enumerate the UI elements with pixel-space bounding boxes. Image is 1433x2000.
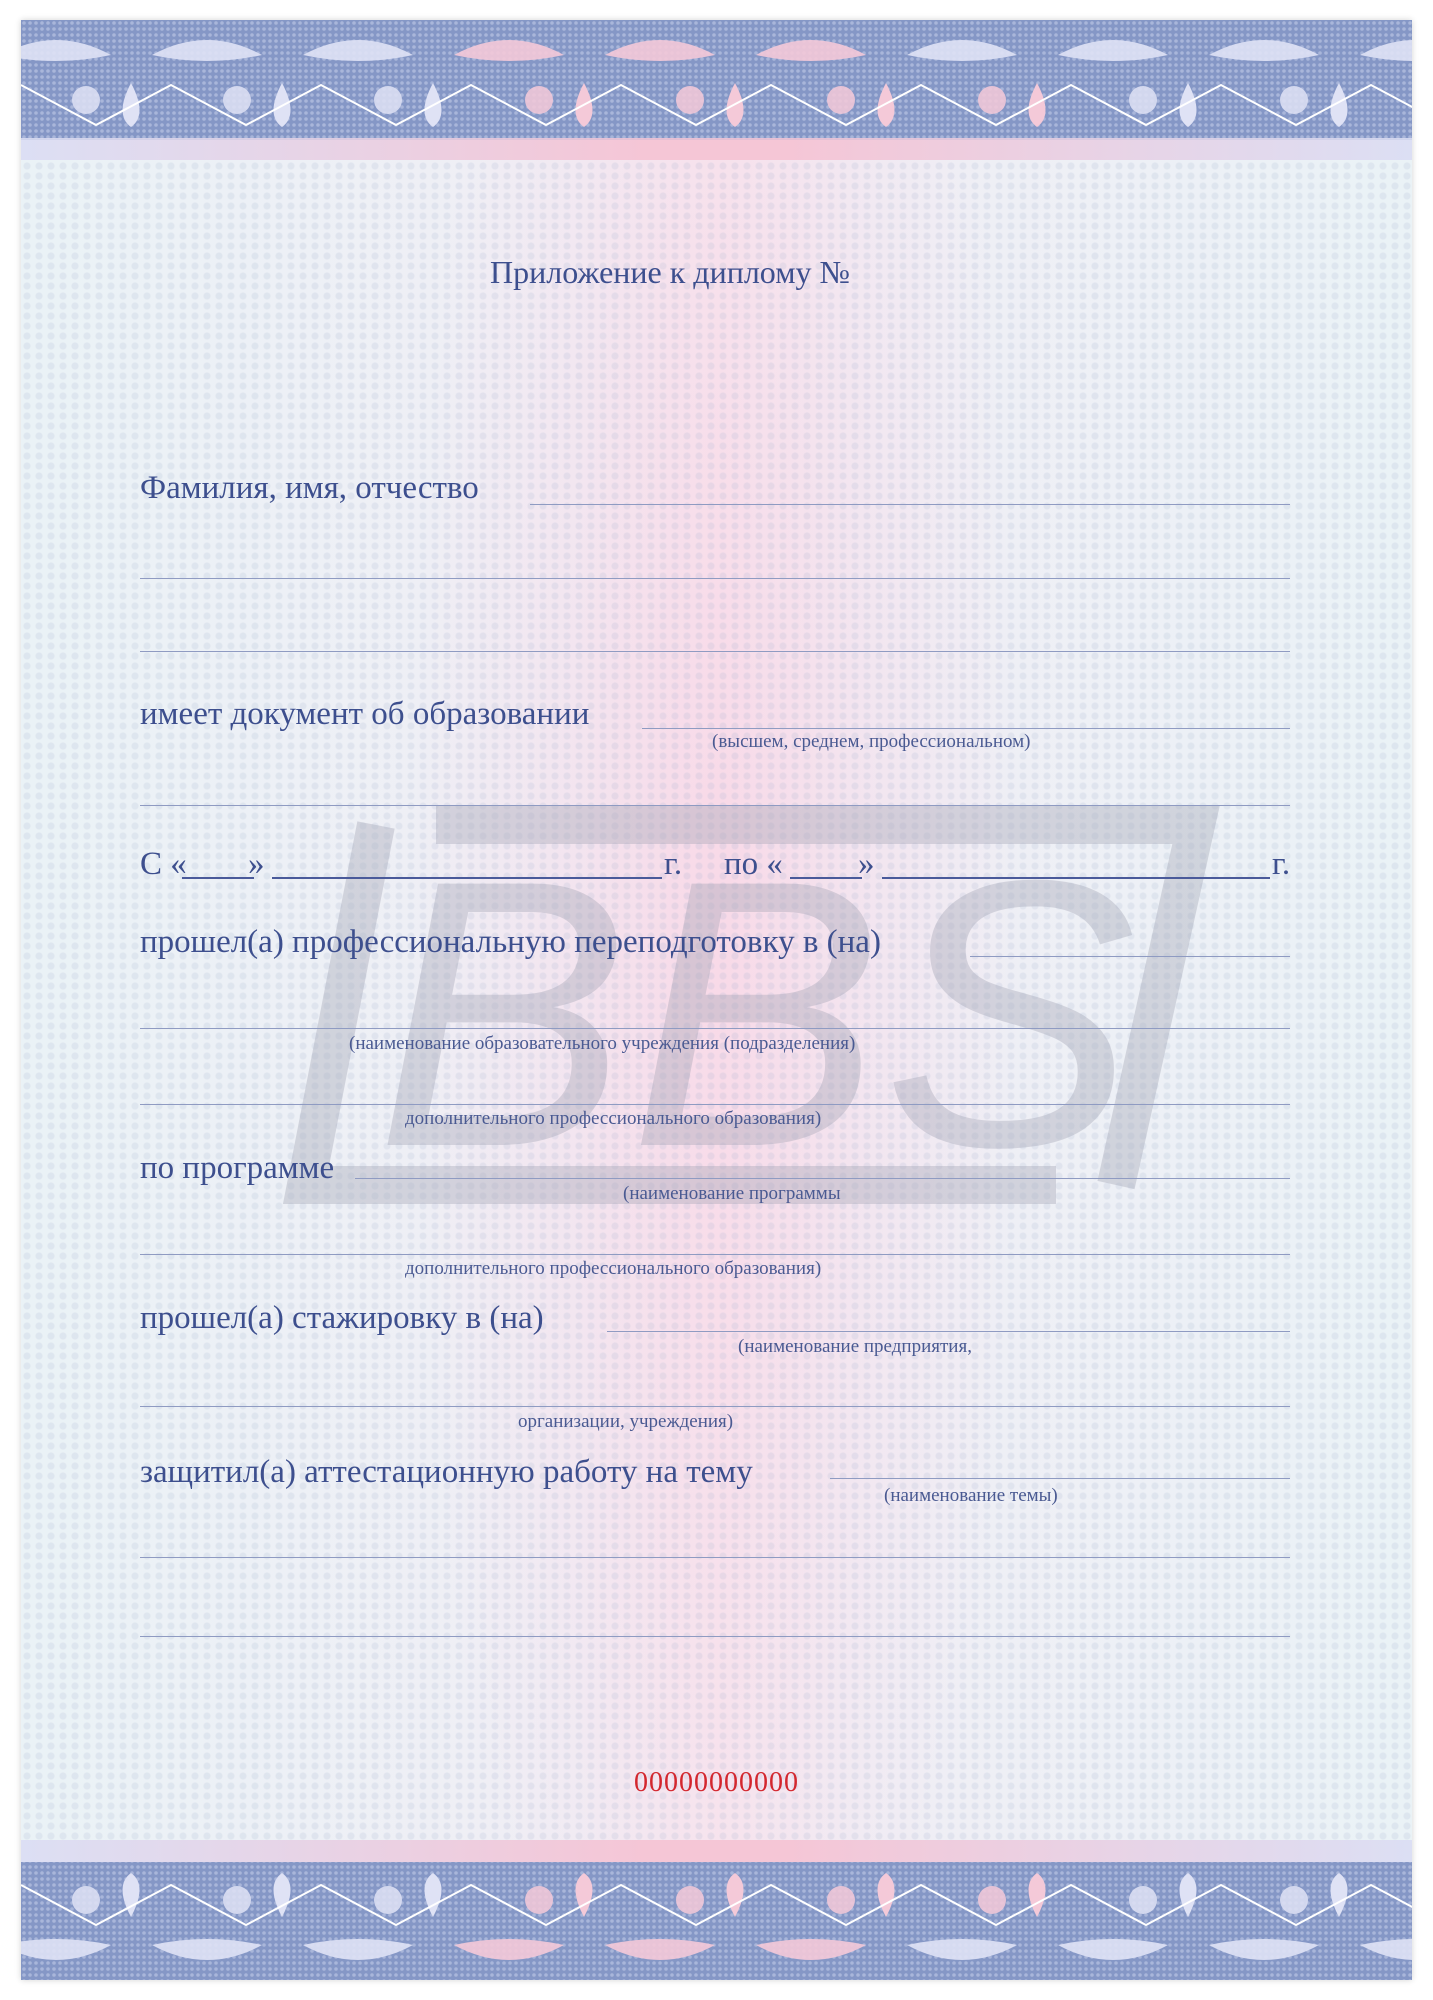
- period-to-day-field[interactable]: [790, 877, 862, 879]
- thesis-field-line-2[interactable]: [140, 1557, 1290, 1558]
- period-to-year-suffix: г.: [1272, 846, 1290, 883]
- thesis-hint: (наименование темы): [884, 1485, 1058, 1507]
- full-name-field-line-1[interactable]: [530, 504, 1290, 505]
- internship-field-line-1[interactable]: [607, 1331, 1290, 1332]
- period-to-month-field[interactable]: [882, 877, 1270, 879]
- top-ornament-band: [21, 20, 1412, 160]
- internship-hint-2: организации, учреждения): [518, 1411, 733, 1433]
- internship-field-line-2[interactable]: [140, 1406, 1290, 1407]
- serial-number: 00000000000: [0, 1767, 1433, 1799]
- period-from-day-field[interactable]: [182, 877, 254, 879]
- education-hint: (высшем, среднем, профессиональном): [712, 731, 1030, 753]
- period-to-prefix: по «: [724, 846, 783, 883]
- program-label: по программе: [140, 1150, 334, 1187]
- program-hint-1: (наименование программы: [623, 1183, 841, 1205]
- thesis-label: защитил(а) аттестационную работу на тему: [140, 1454, 753, 1491]
- education-label: имеет документ об образовании: [140, 696, 589, 733]
- retraining-hint-1: (наименование образовательного учреждени…: [349, 1033, 855, 1055]
- retraining-label: прошел(а) профессиональную переподготовк…: [140, 924, 881, 961]
- retraining-hint-2: дополнительного профессионального образо…: [405, 1108, 821, 1130]
- full-name-label: Фамилия, имя, отчество: [140, 470, 479, 507]
- thesis-field-line-3[interactable]: [140, 1636, 1290, 1637]
- thesis-field-line-1[interactable]: [830, 1478, 1290, 1479]
- period-from-month-field[interactable]: [272, 877, 662, 879]
- education-field-line-1[interactable]: [642, 728, 1290, 729]
- program-hint-2: дополнительного профессионального образо…: [405, 1258, 821, 1280]
- internship-label: прошел(а) стажировку в (на): [140, 1300, 544, 1337]
- period-to-quote-close: »: [858, 846, 875, 883]
- retraining-field-line-2[interactable]: [140, 1028, 1290, 1029]
- program-field-line-1[interactable]: [355, 1178, 1290, 1179]
- period-from-year-suffix: г.: [664, 846, 682, 883]
- retraining-field-line-1[interactable]: [970, 956, 1290, 957]
- bottom-ornament-band: [21, 1840, 1412, 1980]
- ornament-pattern-icon: [21, 1840, 1412, 1980]
- full-name-field-line-3[interactable]: [140, 651, 1290, 652]
- education-field-line-2[interactable]: [140, 805, 1290, 806]
- program-field-line-2[interactable]: [140, 1254, 1290, 1255]
- full-name-field-line-2[interactable]: [140, 578, 1290, 579]
- internship-hint-1: (наименование предприятия,: [738, 1336, 972, 1358]
- document-title: Приложение к диплому №: [490, 254, 850, 291]
- ornament-pattern-icon: [21, 20, 1412, 160]
- diploma-supplement-page: BBS: [21, 20, 1412, 1980]
- period-from-prefix: С «: [140, 846, 187, 883]
- period-from-quote-close: »: [248, 846, 265, 883]
- retraining-field-line-3[interactable]: [140, 1104, 1290, 1105]
